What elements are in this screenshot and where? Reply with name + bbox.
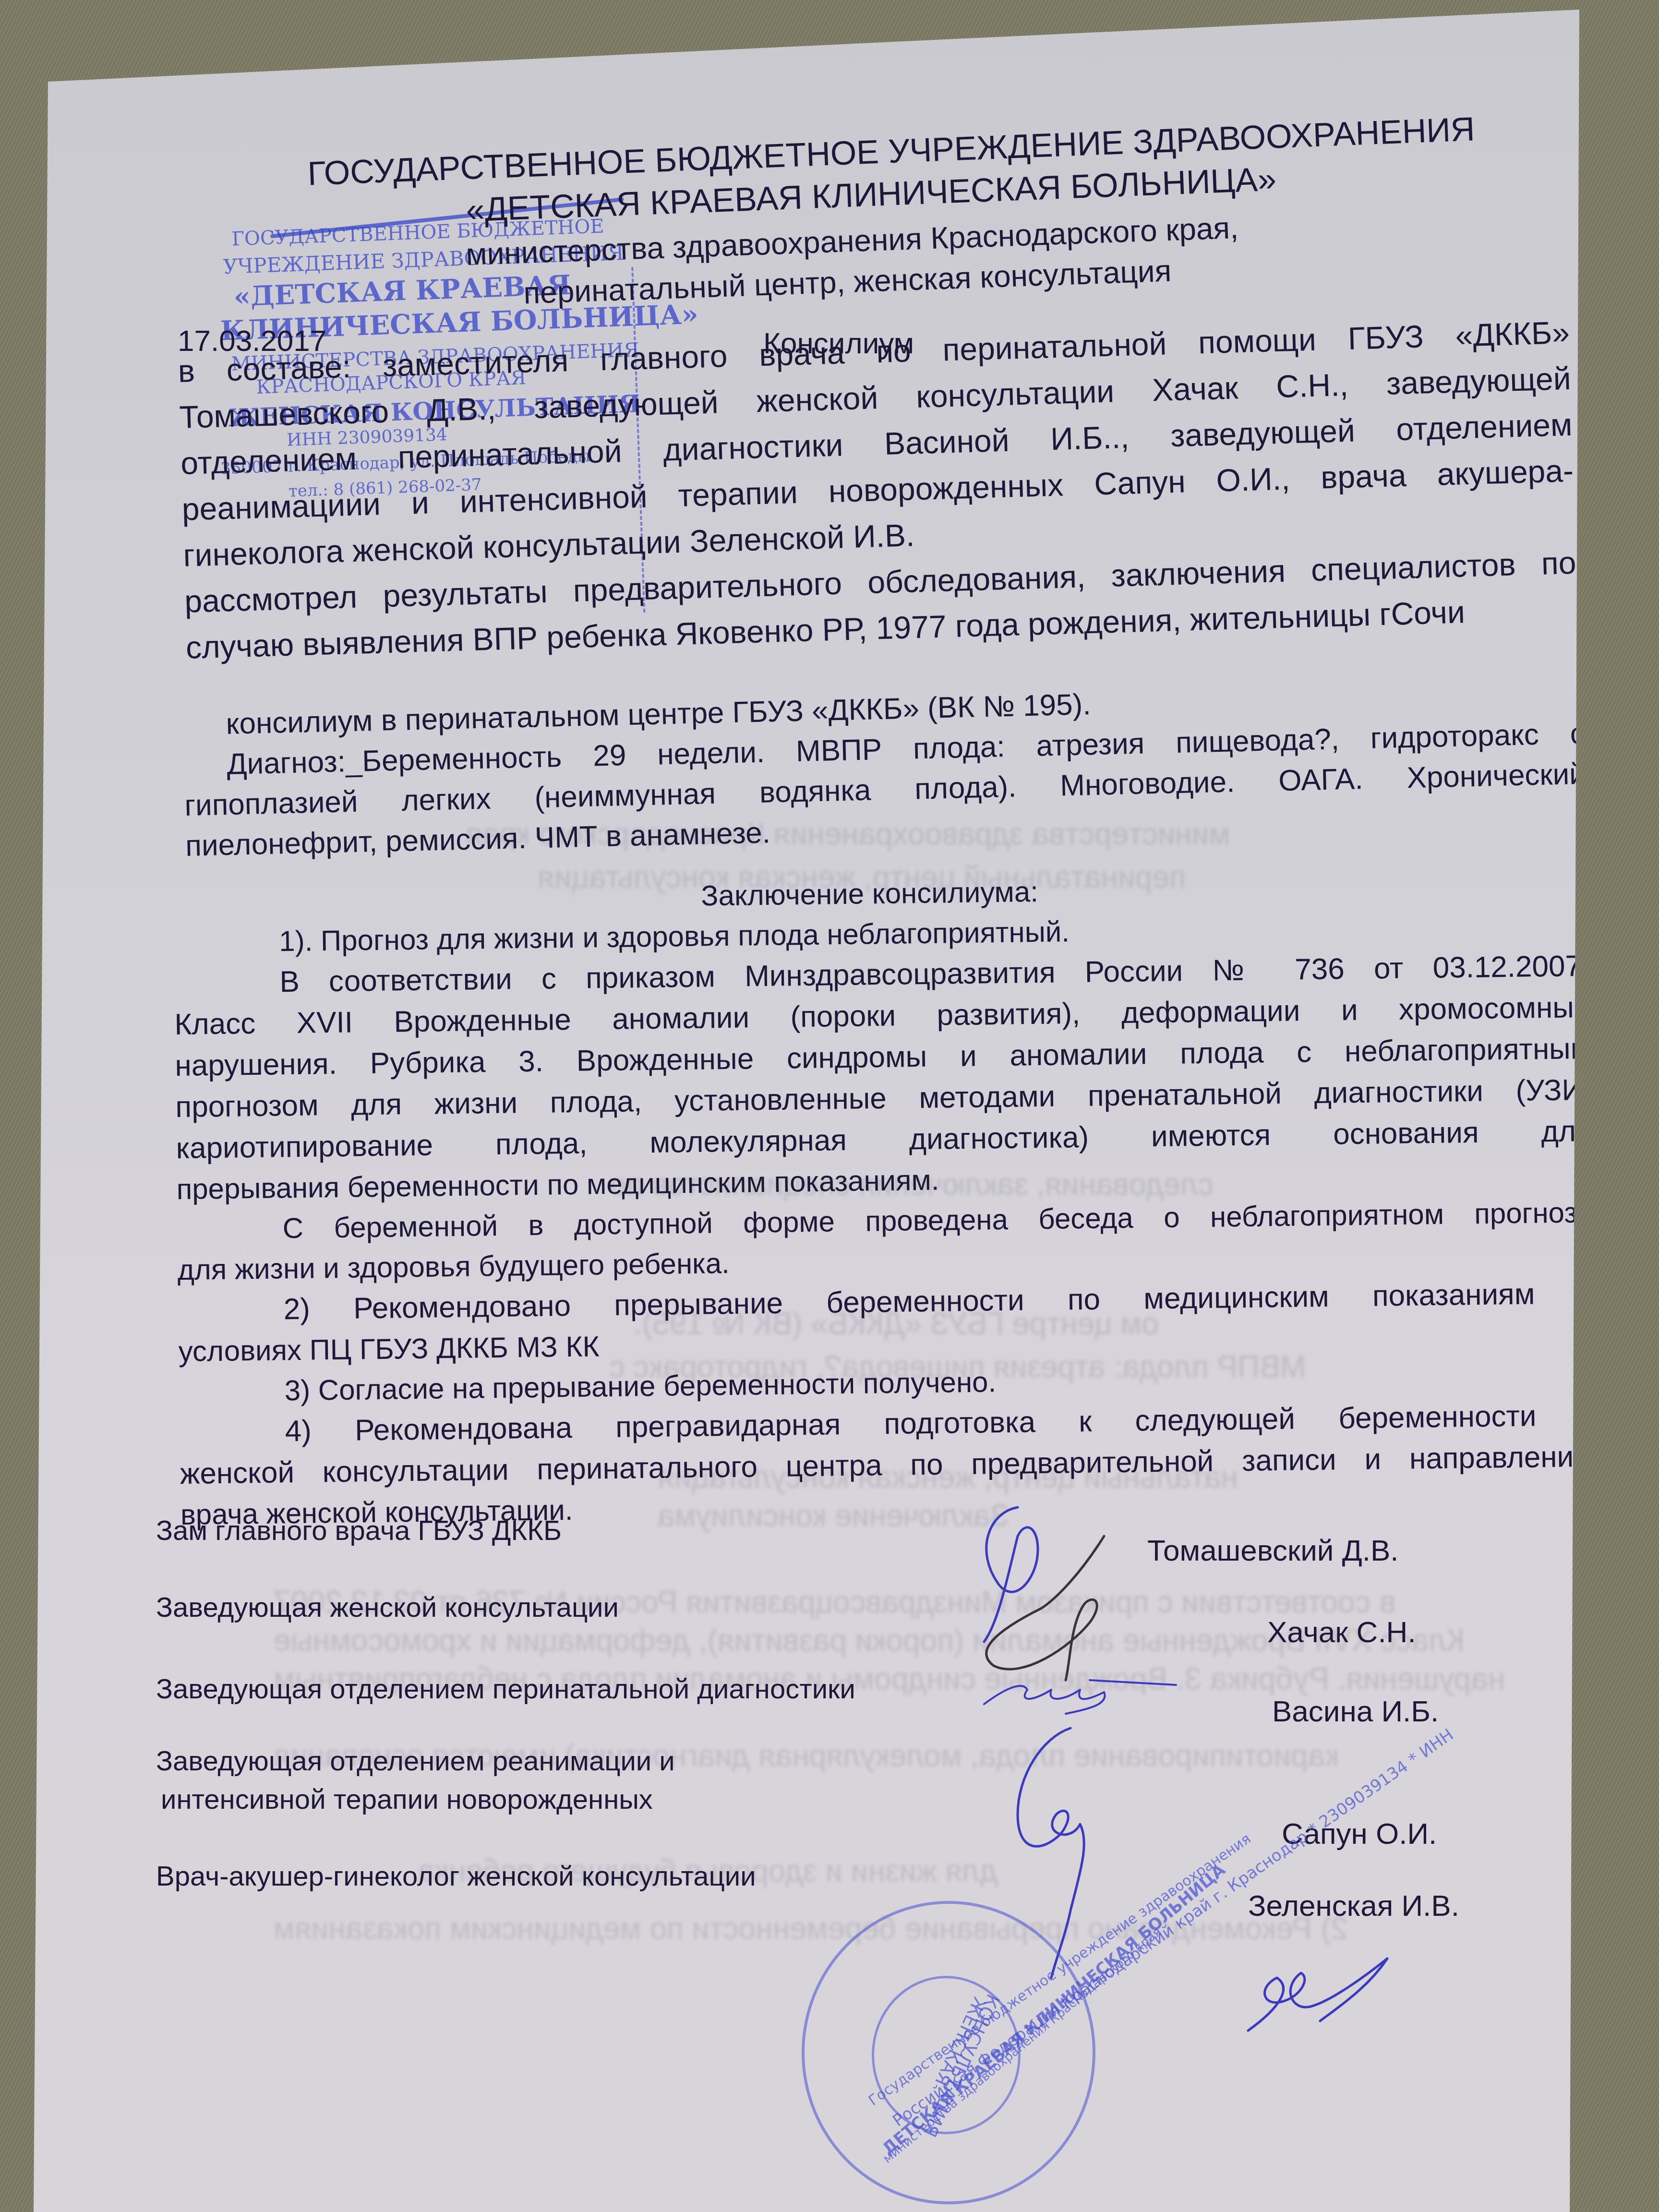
signature-role-3: Заведующая отделением перинатальной диаг… <box>156 1675 855 1703</box>
round-stamp: Российская Федерация Краснодарский край … <box>802 1901 1095 2204</box>
diagnosis-paragraph: консилиум в перинатальном центре ГБУЗ «Д… <box>182 679 1587 861</box>
signature-role-4a: Заведующая отделением реанимации и <box>156 1747 675 1775</box>
composition-paragraph: в составе: заместителя главного врача по… <box>178 316 1578 663</box>
signature-role-2: Заведующая женской консультации <box>156 1594 619 1622</box>
conclusion-section: Заключение консилиума: 1). Прогноз для ж… <box>173 871 1597 1529</box>
conclusion-item-4: 4) Рекомендована прегравидарная подготов… <box>285 1401 1596 1446</box>
conclusion-item-3: 3) Согласие на прерывание беременности п… <box>284 1359 1659 1405</box>
conclusion-item-1: 1). Прогноз для жизни и здоровья плода н… <box>279 910 1659 956</box>
document-page: министерства здравоохранения Краснодарск… <box>34 0 1594 2212</box>
order-line: прерывания беременности по медицинским п… <box>176 1158 1593 1204</box>
conclusion-item-2: 2) Рекомендовано прерывание беременности… <box>283 1279 1594 1324</box>
order-line: В соответствии с приказом Минздравсоцраз… <box>279 951 1590 997</box>
signature-role-4b: интенсивной терапии новорожденных <box>161 1786 653 1814</box>
stamp-inner-circle: ЖЕНСКАЯ КОНСУЛЬТАЦИЯ <box>872 1976 1021 2134</box>
conclusion-item-2: условиях ПЦ ГБУЗ ДККБ МЗ КК <box>178 1320 1595 1366</box>
order-line: прогнозом для жизни плода, установленные… <box>175 1075 1592 1122</box>
signature-role-5: Врач-акушер-гинеколог женской консультац… <box>156 1863 756 1890</box>
talk-line: С беременной в доступной форме проведена… <box>282 1198 1593 1243</box>
talk-line: для жизни и здоровья будущего ребенка. <box>177 1238 1594 1285</box>
order-line: нарушения. Рубрика 3. Врожденные синдром… <box>175 1034 1591 1081</box>
order-line: Класс XVII Врожденные аномалии (пороки р… <box>174 993 1591 1040</box>
signature-role-1: Зам главного врача ГБУЗ ДККБ <box>156 1517 562 1545</box>
order-line: кариотипирование плода, молекулярная диа… <box>176 1117 1592 1164</box>
